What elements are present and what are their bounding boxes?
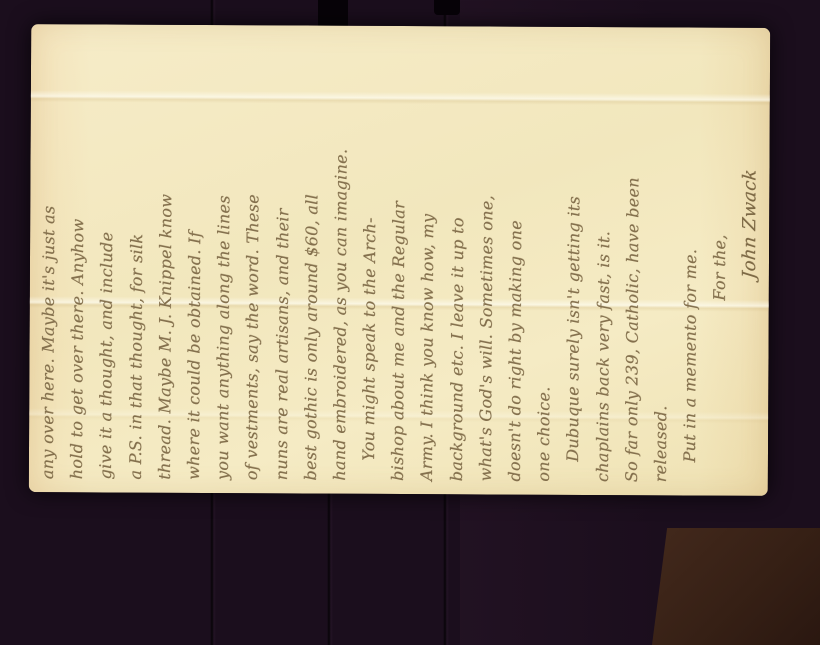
letter-paper: any over here. Maybe it's just as hold t… (29, 24, 770, 496)
signature: John Zwack (733, 29, 765, 494)
letter-line: So far only 239, Catholic, have been (616, 30, 648, 492)
letter-line: bishop about me and the Regular (383, 29, 415, 491)
letter-line: hold to get over there. Anyhow (61, 27, 93, 489)
letter-line: Dubuque surely isn't getting its (558, 30, 590, 492)
photo-background: any over here. Maybe it's just as hold t… (0, 0, 820, 645)
letter-line: where it could be obtained. If (178, 28, 210, 490)
letter-line: best gothic is only around $60, all (295, 28, 327, 490)
letter-line: doesn't do right by making one (499, 30, 531, 492)
letter-line: what's God's will. Sometimes one, (470, 29, 502, 491)
letter-line: of vestments, say the word. These (237, 28, 269, 490)
letter-line: you want anything along the lines (207, 28, 239, 490)
letter-line: one choice. (528, 30, 560, 492)
letter-line: chaplains back very fast, is it. (587, 30, 619, 492)
handwritten-text-block: any over here. Maybe it's just as hold t… (32, 27, 766, 493)
letter-line: any over here. Maybe it's just as (32, 27, 64, 489)
letter-closing: For the, (704, 31, 736, 493)
letter-line: thread. Maybe M. J. Knippel know (149, 28, 181, 490)
letter-line: Army. I think you know how, my (412, 29, 444, 491)
letter-line: give it a thought, and include (91, 27, 123, 489)
letter-line: a P.S. in that thought, for silk (120, 28, 152, 490)
shadow-panel (652, 528, 820, 645)
letter-line: You might speak to the Arch- (353, 29, 385, 491)
binder-tab (434, 0, 460, 15)
letter-line: background etc. I leave it up to (441, 29, 473, 491)
letter-line: hand embroidered, as you can imagine. (324, 29, 356, 491)
letter-line: released. (645, 30, 677, 492)
letter-line: Put in a memento for me. (674, 30, 706, 492)
letter-line: nuns are real artisans, and their (266, 28, 298, 490)
